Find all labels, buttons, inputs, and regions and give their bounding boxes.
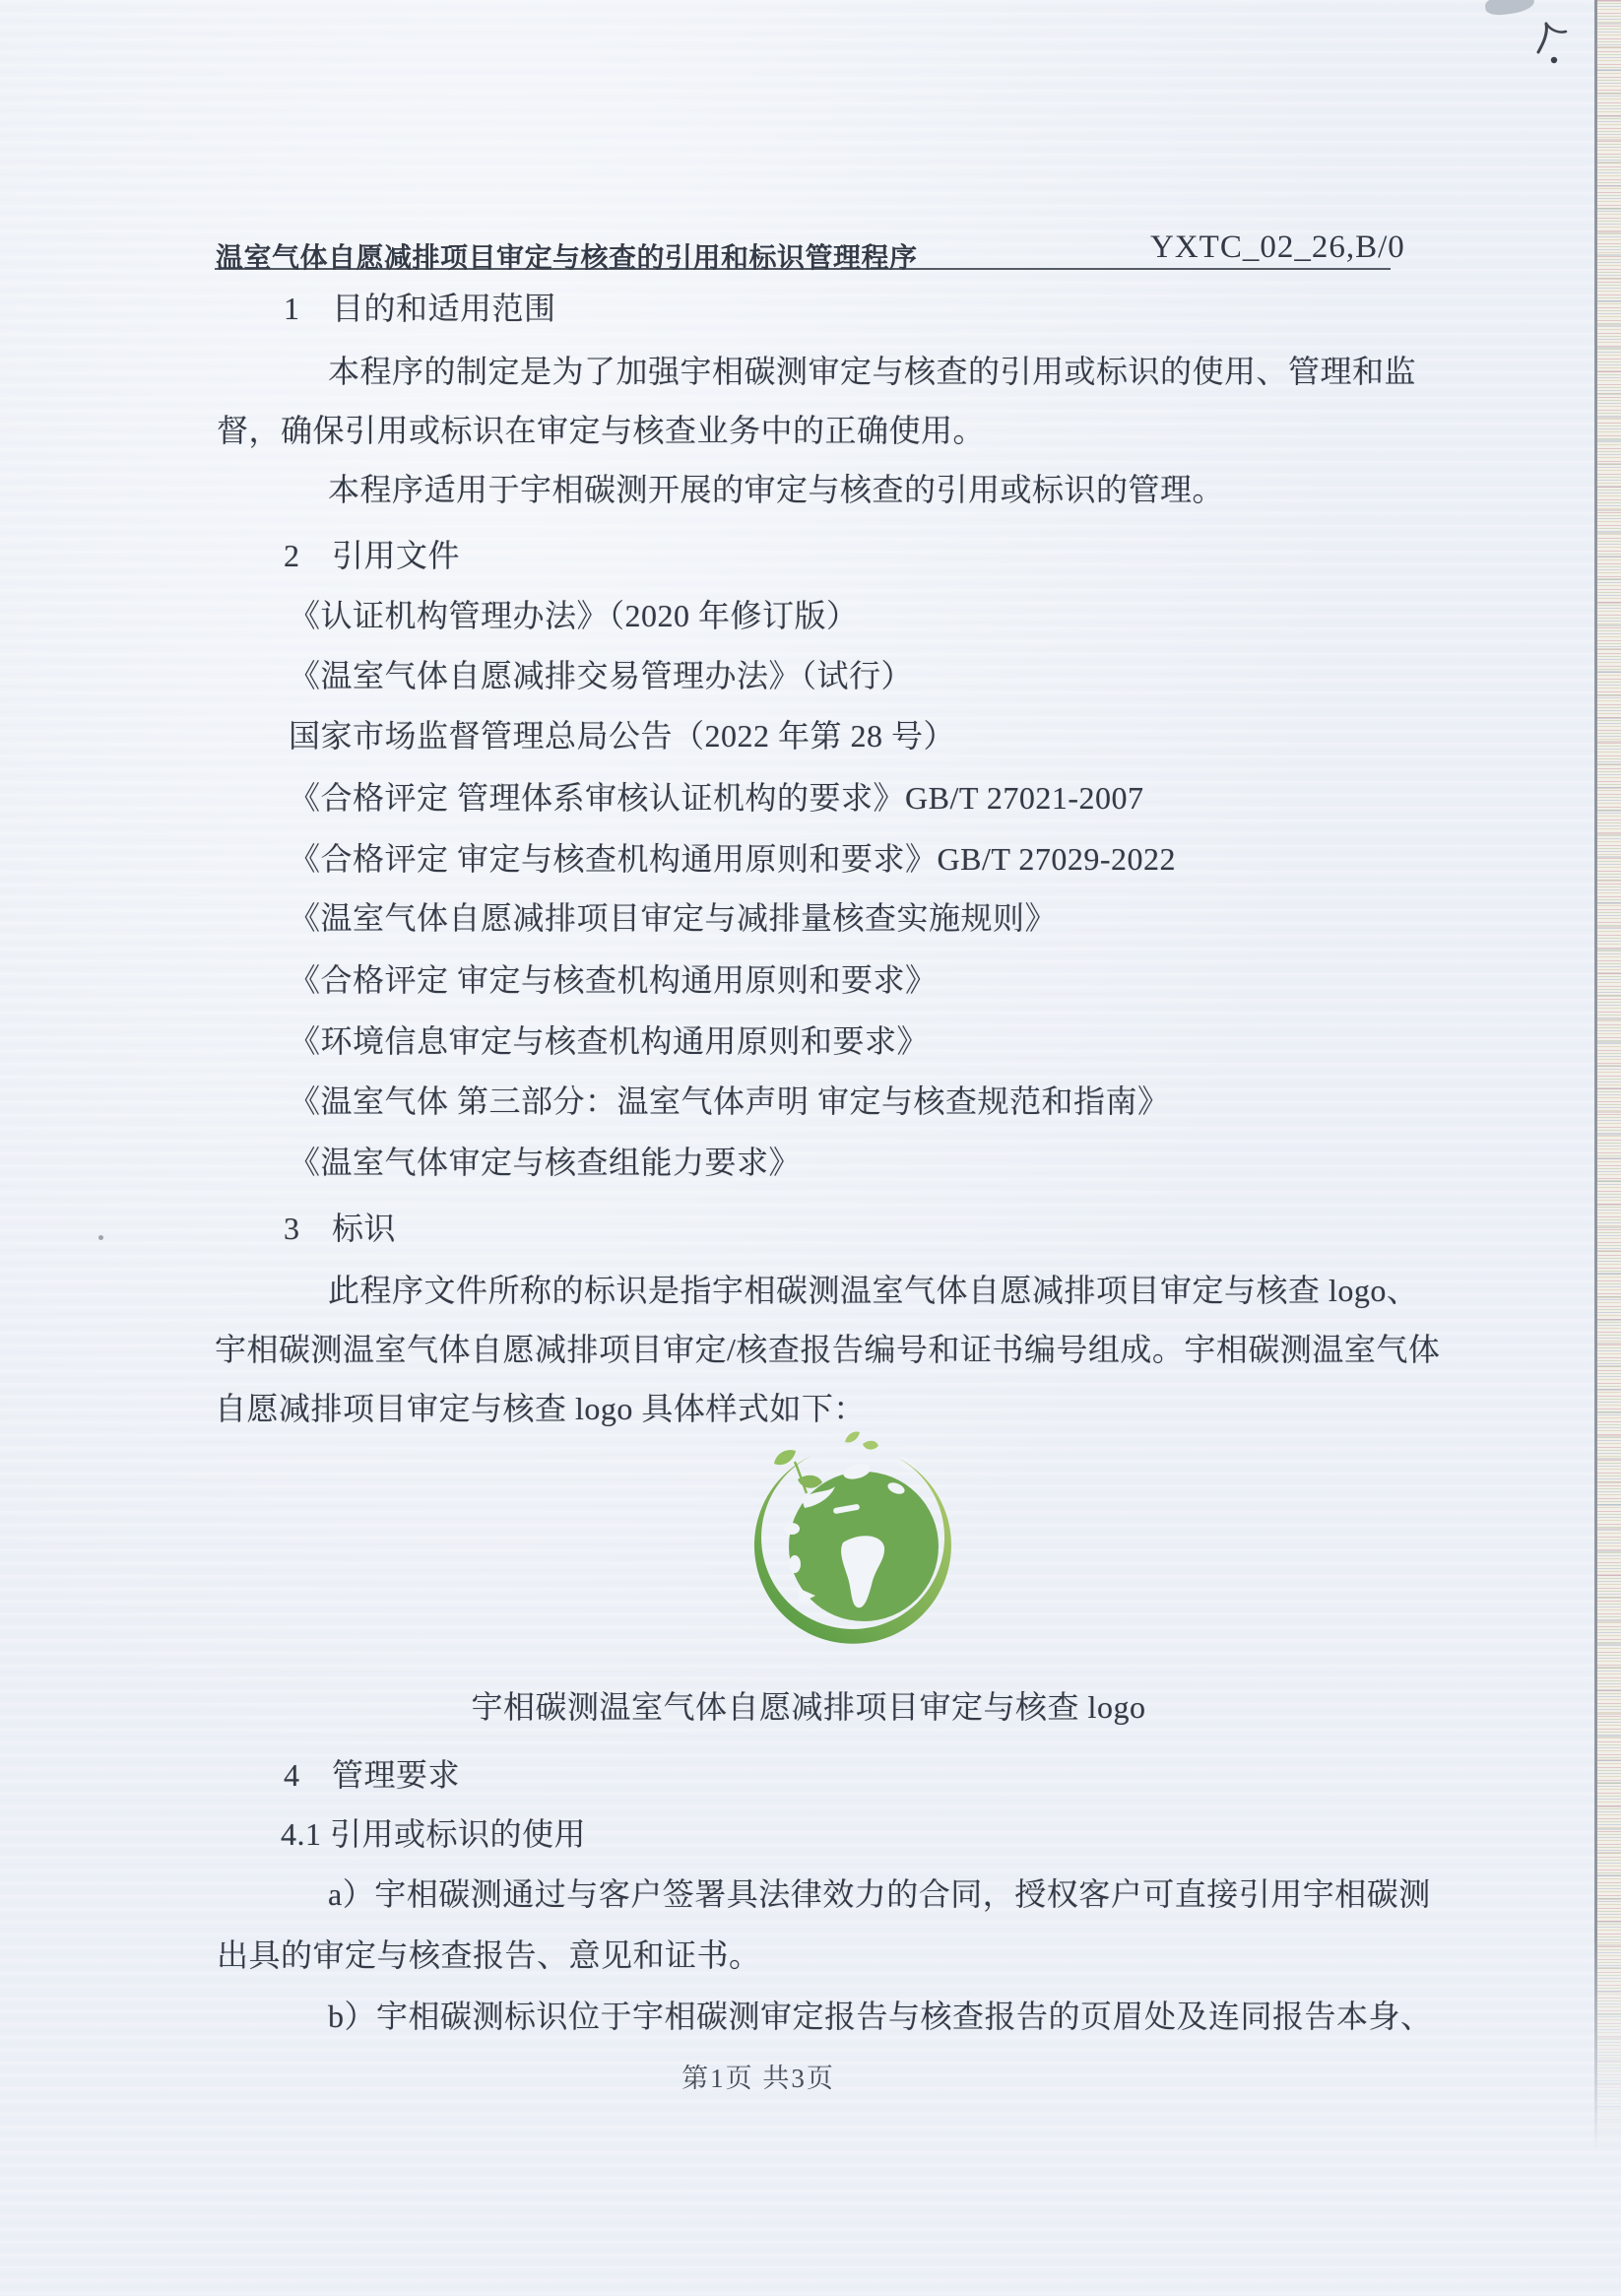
- text-line: 《温室气体 第三部分：温室气体声明 审定与核查规范和指南》: [289, 1077, 1170, 1122]
- text-line: 1 目的和适用范围: [284, 284, 556, 329]
- text-line: 4 管理要求: [284, 1750, 460, 1796]
- document-number: YXTC_02_26,B/0: [1150, 230, 1405, 266]
- text-line: 《温室气体自愿减排交易管理办法》（试行）: [289, 651, 913, 696]
- header-underline: [215, 268, 1391, 270]
- ghg-logo: [741, 1430, 967, 1662]
- text-line: 3 标识: [284, 1204, 396, 1249]
- scan-smudge: [1484, 0, 1535, 17]
- text-line: 出具的审定与核查报告、意见和证书。: [217, 1931, 761, 1976]
- scan-edge-strip: [1594, 0, 1621, 2152]
- text-line: 此程序文件所称的标识是指宇相碳测温室气体自愿减排项目审定与核查 logo、: [328, 1266, 1418, 1311]
- pen-mark: [1532, 20, 1576, 71]
- text-line: 督，确保引用或标识在审定与核查业务中的正确使用。: [217, 406, 985, 451]
- document-header-title: 温室气体自愿减排项目审定与核查的引用和标识管理程序: [216, 236, 918, 276]
- text-line: b）宇相碳测标识位于宇相碳测审定报告与核查报告的页眉处及连同报告本身、: [328, 1992, 1433, 2037]
- text-line: 《合格评定 审定与核查机构通用原则和要求》: [289, 955, 938, 1001]
- text-line: 自愿减排项目审定与核查 logo 具体样式如下：: [215, 1384, 866, 1429]
- leaf-icon: [774, 1450, 822, 1493]
- text-line: 2 引用文件: [284, 531, 460, 576]
- text-line: 国家市场监督管理总局公告（2022 年第 28 号）: [289, 711, 955, 756]
- text-line: 本程序适用于宇相碳测开展的审定与核查的引用或标识的管理。: [328, 465, 1224, 510]
- stray-ink-dot: [98, 1235, 103, 1240]
- text-line: 《合格评定 审定与核查机构通用原则和要求》GB/T 27029-2022: [289, 834, 1176, 880]
- text-line: 《温室气体审定与核查组能力要求》: [289, 1138, 801, 1183]
- text-line: 本程序的制定是为了加强宇相碳测审定与核查的引用或标识的使用、管理和监: [328, 347, 1416, 392]
- small-leaf-icon: [845, 1431, 878, 1449]
- text-line: 《合格评定 管理体系审核认证机构的要求》GB/T 27021-2007: [289, 773, 1143, 819]
- text-line: a）宇相碳测通过与客户签署具法律效力的合同，授权客户可直接引用宇相碳测: [328, 1870, 1431, 1915]
- earth-logo-graphic: [741, 1430, 967, 1662]
- text-line: 《温室气体自愿减排项目审定与减排量核查实施规则》: [289, 893, 1057, 939]
- scanned-document-page: 温室气体自愿减排项目审定与核查的引用和标识管理程序 YXTC_02_26,B/0…: [0, 0, 1621, 2296]
- text-line: 4.1 引用或标识的使用: [281, 1809, 586, 1855]
- footer-page-number: 第1页 共3页: [561, 2057, 955, 2095]
- logo-caption: 宇相碳测温室气体自愿减排项目审定与核查 logo: [415, 1682, 1202, 1728]
- text-line: 《认证机构管理办法》（2020 年修订版）: [289, 591, 859, 636]
- text-line: 《环境信息审定与核查机构通用原则和要求》: [289, 1017, 929, 1062]
- text-line: 宇相碳测温室气体自愿减排项目审定/核查报告编号和证书编号组成。宇相碳测温室气体: [215, 1325, 1440, 1370]
